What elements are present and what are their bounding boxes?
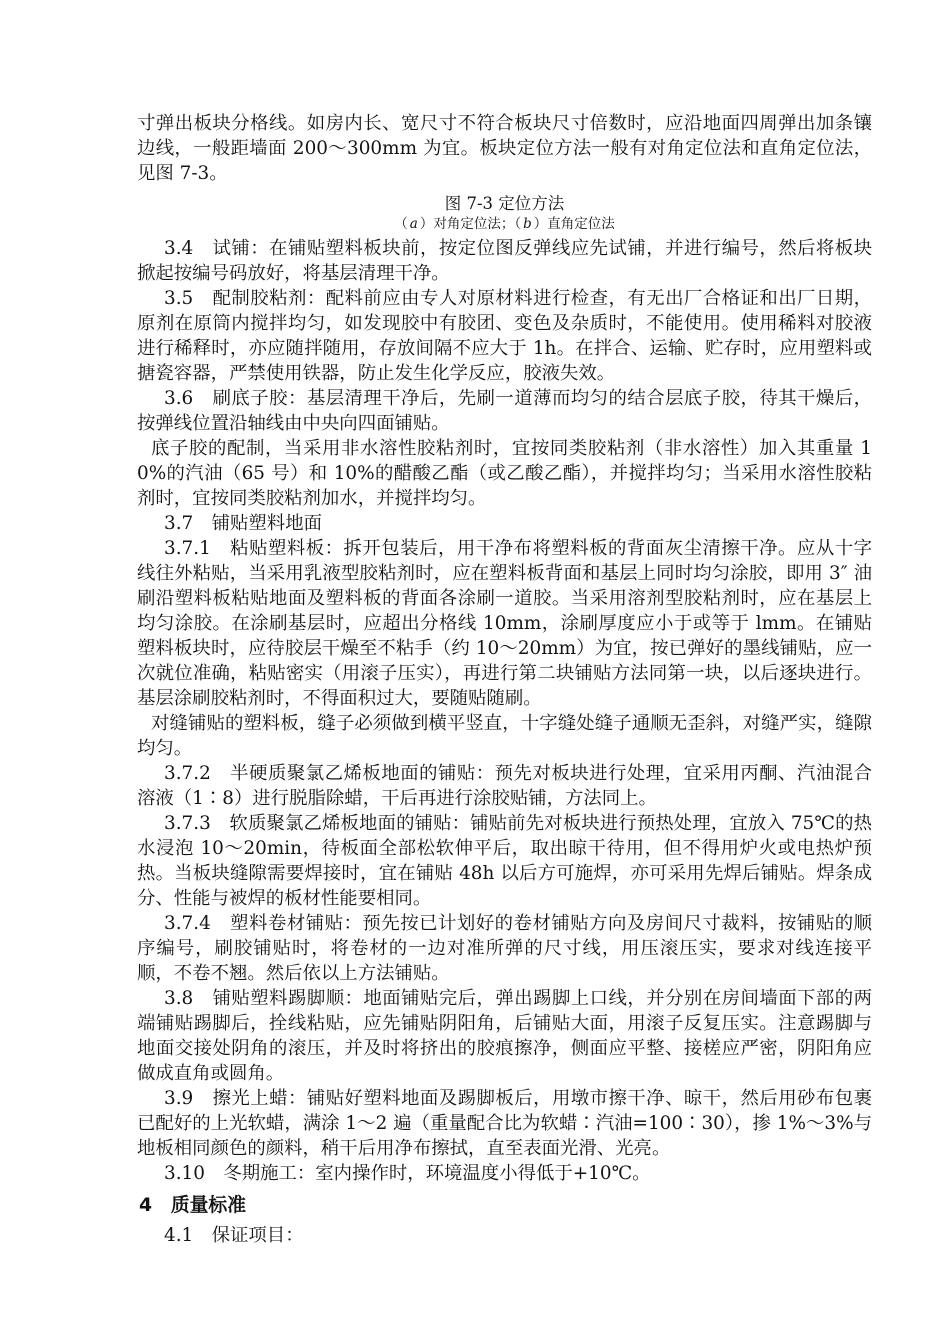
text-run: 底子胶的配制，当采用非水溶性胶粘剂时，宜按同类胶粘剂（非水溶性）加入其重量 10… xyxy=(137,438,872,509)
para-3-6-cont: 底子胶的配制，当采用非水溶性胶粘剂时，宜按同类胶粘剂（非水溶性）加入其重量 10… xyxy=(137,436,872,511)
text-run: 3.7.2 半硬质聚氯乙烯板地面的铺贴：预先对板块进行处理，宜采用丙酮、汽油混合… xyxy=(137,763,872,809)
text-run: 4 质量标准 xyxy=(139,1195,246,1216)
text-run: 对缝铺贴的塑料板，缝子必须做到横平竖直，十字缝处缝子通顺无歪斜，对缝严实，缝隙均… xyxy=(137,713,872,759)
text-run: 3.4 试铺：在铺贴塑料板块前，按定位图反弹线应先试铺，并进行编号，然后将板块掀… xyxy=(137,238,872,284)
text-run: 4.1 保证项目： xyxy=(164,1225,304,1246)
text-run: 3.5 配制胶粘剂：配料前应由专人对原材料进行检查，有无出厂合格证和出厂日期，原… xyxy=(137,288,872,384)
para-3-4: 3.4 试铺：在铺贴塑料板块前，按定位图反弹线应先试铺，并进行编号，然后将板块掀… xyxy=(137,236,872,286)
para-3-8: 3.8 铺贴塑料踢脚顺：地面铺贴完后，弹出踢脚上口线，并分别在房间墙面下部的两端… xyxy=(137,986,872,1086)
document-body: 寸弹出板块分格线。如房内长、宽尺寸不符合板块尺寸倍数时，应沿地面四周弹出加条镶边… xyxy=(137,111,872,1248)
para-3-7-3: 3.7.3 软质聚氯乙烯板地面的铺贴：铺贴前先对板块进行预热处理，宜放入 75℃… xyxy=(137,811,872,911)
para-3-5: 3.5 配制胶粘剂：配料前应由专人对原材料进行检查，有无出厂合格证和出厂日期，原… xyxy=(137,286,872,386)
text-run: 图 7-3 定位方法 xyxy=(445,194,565,213)
text-run: ）直角定位法 xyxy=(534,216,615,232)
para-3-6: 3.6 刷底子胶：基层清理干净后，先刷一道薄而均匀的结合层底子胶，待其干燥后，按… xyxy=(137,386,872,436)
caption-italic-label: a xyxy=(408,216,420,232)
text-run: 3.9 擦光上蜡：铺贴好塑料地面及踢脚板后，用墩市擦干净、晾干，然后用砂布包裹已… xyxy=(137,1088,872,1159)
heading-4-quality-standard: 4 质量标准 xyxy=(137,1193,872,1218)
text-run: ）对角定位法；（ xyxy=(420,216,521,232)
para-3-7-4: 3.7.4 塑料卷材铺贴：预先按已计划好的卷材铺贴方向及房间尺寸裁料，按铺贴的顺… xyxy=(137,911,872,986)
para-3-9: 3.9 擦光上蜡：铺贴好塑料地面及踢脚板后，用墩市擦干净、晾干，然后用砂布包裹已… xyxy=(137,1086,872,1161)
figure-caption-title: 图 7-3 定位方法 xyxy=(137,193,872,215)
para-continuation-top: 寸弹出板块分格线。如房内长、宽尺寸不符合板块尺寸倍数时，应沿地面四周弹出加条镶边… xyxy=(137,111,872,186)
para-3-7: 3.7 铺贴塑料地面 xyxy=(137,511,872,536)
figure-caption-sub: （a）对角定位法；（b）直角定位法 xyxy=(137,215,872,233)
text-run: 3.6 刷底子胶：基层清理干净后，先刷一道薄而均匀的结合层底子胶，待其干燥后，按… xyxy=(137,388,872,434)
text-run: （ xyxy=(394,216,408,232)
text-run: 3.8 铺贴塑料踢脚顺：地面铺贴完后，弹出踢脚上口线，并分别在房间墙面下部的两端… xyxy=(137,988,872,1084)
para-3-7-1: 3.7.1 粘贴塑料板：拆开包装后，用干净布将塑料板的背面灰尘清擦干净。应从十字… xyxy=(137,536,872,711)
caption-italic-label: b xyxy=(521,216,534,232)
text-run: 3.7.3 软质聚氯乙烯板地面的铺贴：铺贴前先对板块进行预热处理，宜放入 75℃… xyxy=(137,813,872,909)
text-run: 3.7.4 塑料卷材铺贴：预先按已计划好的卷材铺贴方向及房间尺寸裁料，按铺贴的顺… xyxy=(137,913,872,984)
text-run: 3.10 冬期施工：室内操作时，环境温度小得低于+10℃。 xyxy=(164,1163,651,1184)
para-3-7-2: 3.7.2 半硬质聚氯乙烯板地面的铺贴：预先对板块进行处理，宜采用丙酮、汽油混合… xyxy=(137,761,872,811)
text-run: 3.7.1 粘贴塑料板：拆开包装后，用干净布将塑料板的背面灰尘清擦干净。应从十字… xyxy=(137,538,872,709)
text-run: 3.7 铺贴塑料地面 xyxy=(164,513,322,534)
text-run: 寸弹出板块分格线。如房内长、宽尺寸不符合板块尺寸倍数时，应沿地面四周弹出加条镶边… xyxy=(137,113,872,184)
para-3-7-1-cont: 对缝铺贴的塑料板，缝子必须做到横平竖直，十字缝处缝子通顺无歪斜，对缝严实，缝隙均… xyxy=(137,711,872,761)
document-page: 寸弹出板块分格线。如房内长、宽尺寸不符合板块尺寸倍数时，应沿地面四周弹出加条镶边… xyxy=(0,0,950,1344)
para-3-10: 3.10 冬期施工：室内操作时，环境温度小得低于+10℃。 xyxy=(137,1161,872,1186)
para-4-1: 4.1 保证项目： xyxy=(137,1223,872,1248)
